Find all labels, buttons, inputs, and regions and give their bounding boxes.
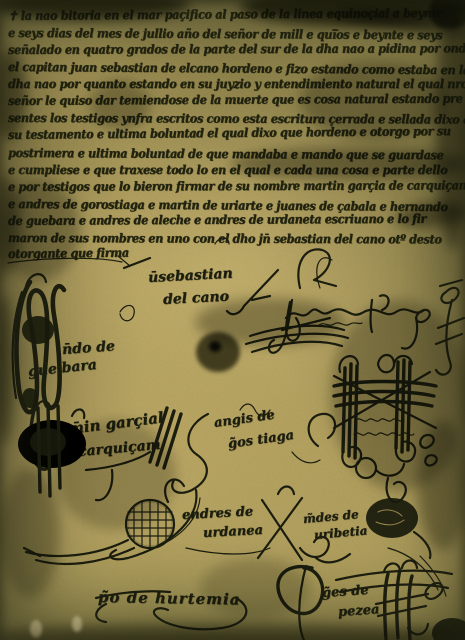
stain-patch <box>195 298 345 346</box>
signature-gorostiaga-line1: angis de <box>213 408 276 431</box>
rubric-elcano <box>124 238 362 341</box>
signature-elcano-line2: del cano <box>163 289 230 308</box>
stain-patch <box>0 295 14 445</box>
manuscript-line: e cumpliese e que traxese todo lo en el … <box>8 162 447 177</box>
wax-spot <box>30 620 42 638</box>
signature-guevara-line1: n̄do de <box>61 338 115 358</box>
rubric-witness-scrawl <box>246 258 464 375</box>
manuscript-line: señor le quiso dar temiendose de la muer… <box>8 91 463 108</box>
stain-patch <box>0 468 60 598</box>
signature-bottom-right-line1: g̃es de <box>321 583 369 601</box>
manuscript-line: el capitan juan sebastian de elcano hord… <box>8 59 465 77</box>
signature-carquizano-line1: m̄in garçial <box>67 408 165 438</box>
signature-urdaneta-line2: urdanea <box>203 523 264 541</box>
stain-patch <box>196 332 240 372</box>
wax-spot <box>72 616 82 632</box>
manuscript-line: e por testigos que lo bieron firmar de s… <box>8 177 465 194</box>
signature-bottom-right-line2: pezea <box>337 602 379 620</box>
signature-elcano-line1: ūsebastian <box>148 266 233 286</box>
rubric-s-flourish <box>110 414 208 559</box>
rubric-zabala-knot <box>334 355 437 502</box>
signature-guevara-line2: gue bara <box>27 357 97 380</box>
stain-patch <box>0 624 465 640</box>
manuscript-line: otorgante que firma <box>8 245 129 261</box>
manuscript-line: de guebara e andres de aleche e andres d… <box>8 211 426 228</box>
signature-gorostiaga-line2: g̃os tiaga <box>227 428 295 452</box>
rubric-bottom-right <box>278 548 465 640</box>
signature-carquizano-line2: carquiçam <box>77 437 161 460</box>
manuscript-page: ✝ la nao bitoria en el mar paçifico al p… <box>0 0 465 640</box>
signature-urdaneta-line1: endres de <box>182 504 254 523</box>
manuscript-line: señalado en quatro grados de la parte de… <box>8 40 465 57</box>
manuscript-line: ✝ la nao bitoria en el mar paçifico al p… <box>8 5 443 23</box>
stain-patch <box>418 420 465 550</box>
stain-patch <box>209 341 221 352</box>
signature-uriarte-line2: uribetia <box>313 523 368 542</box>
signature-bottom-left-line1: p̃o de hurtemia <box>98 588 241 608</box>
manuscript-line: su testamento e ultima boluntad el qual … <box>8 123 451 142</box>
manuscript-line: postrimera e ultima boluntad de que mand… <box>8 145 443 162</box>
manuscript-line: dha nao por quanto estando en su juyzio … <box>8 76 465 91</box>
manuscript-line: e seys dias del mes de jullio año del se… <box>8 25 442 42</box>
stain-patch <box>200 558 310 618</box>
stain-patch <box>330 300 465 490</box>
rubric-urdaneta <box>24 479 302 564</box>
signature-uriarte-line1: m̃des de <box>302 507 359 526</box>
manuscript-line: maron de sus nombres en uno con el dho j… <box>8 230 442 247</box>
